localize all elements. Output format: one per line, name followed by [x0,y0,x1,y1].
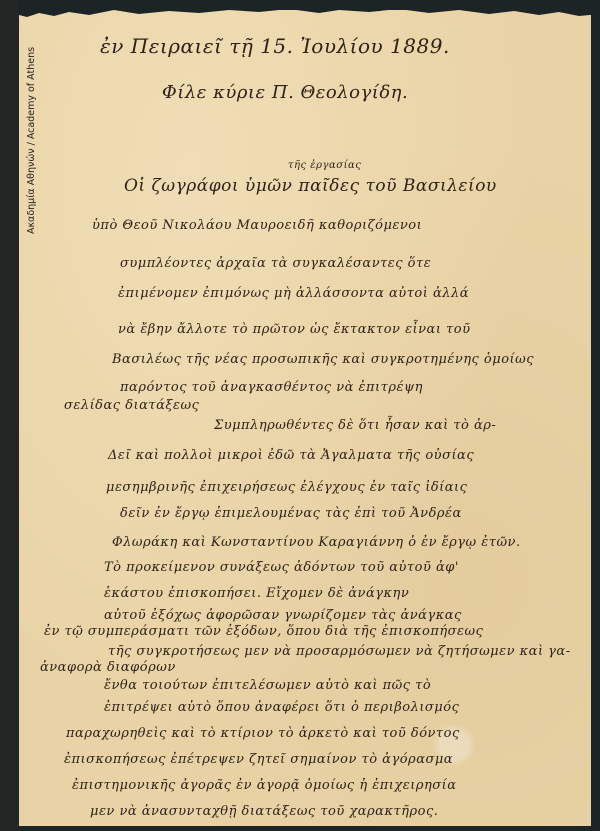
margin-note: σελίδας διατάξεως [64,398,199,413]
body-line: Τὸ προκείμενον συνάξεως ἀδόντων τοῦ αὐτο… [104,560,459,575]
body-line: ἑκάστου ἐπισκοπήσει. Εἴχομεν δὲ ἀνάγκην [104,586,409,601]
body-line: παρόντος τοῦ ἀναγκασθέντος νὰ ἐπιτρέψη [120,380,423,395]
body-line: ἐπιμένομεν ἐπιμόνως μὴ ἀλλάσσοντα αὐτοὶ … [118,286,469,301]
body-line: νὰ ἔβην ἄλλοτε τὸ πρῶτον ὡς ἔκτακτον εἶν… [118,322,470,337]
body-line: ἐπιτρέψει αὐτὸ ὅπου ἀναφέρει ὅτι ὁ περιβ… [104,700,459,715]
body-line: ἐπισκοπήσεως ἐπέτρεψεν ζητεῖ σημαίνον τὸ… [64,752,453,767]
body-line: συμπλέοντες ἀρχαῖα τὰ συγκαλέσαντες ὅτε [120,256,431,271]
body-line: αὐτοῦ ἐξόχως ἀφορῶσαν γνωρίζομεν τὰς ἀνά… [104,608,462,623]
body-line: τῆς συγκροτήσεως μεν νὰ προσαρμόσωμεν νὰ… [108,644,571,659]
body-line: ἔνθα τοιούτων ἐπιτελέσωμεν αὐτὸ καὶ πῶς … [104,678,431,693]
body-line: ὑπὸ Θεοῦ Νικολάου Μαυροειδῆ καθοριζόμενο… [92,218,422,233]
torn-top-edge [19,0,600,22]
body-line: μεσημβρινῆς ἐπιχειρήσεως ἐλέγχους ἐν ταῖ… [106,480,467,495]
insertion-line: τῆς ἐργασίας [288,160,361,171]
body-line: δεῖν ἐν ἔργῳ ἐπιμελουμένας τὰς ἐπὶ τοῦ Ἀ… [120,506,462,521]
body-line: ἐν τῷ συμπεράσματι τῶν ἐξόδων, ὅπου διὰ … [44,624,483,639]
body-line: Δεῖ καὶ πολλοὶ μικροὶ ἐδῶ τὰ Ἀγαλματα τῆ… [108,448,474,463]
body-line: Φλωράκη καὶ Κωνσταντίνου Καραγιάννη ὁ ἐν… [112,535,521,550]
body-line: Οἱ ζωγράφοι ὑμῶν παῖδες τοῦ Βασιλείου [124,176,497,196]
scan-left-border [0,0,19,831]
salutation-line: Φίλε κύριε Π. Θεολογίδη. [162,82,408,103]
place-date-line: ἐν Πειραιεῖ τῇ 15. Ἰουλίου 1889. [100,34,450,58]
body-line: ἐπιστημονικῆς ἀγορᾶς ἐν ἀγορᾷ ὁμοίως ἡ ἐ… [72,778,457,793]
body-line: παραχωρηθεὶς καὶ τὸ κτίριον τὸ ἀρκετὸ κα… [66,726,460,741]
watermark-text: Ακαδημία Αθηνών / Academy of Athens [27,46,38,233]
body-line: Βασιλέως τῆς νέας προσωπικῆς καὶ συγκροτ… [112,352,534,367]
body-line: Συμπληρωθέντες δὲ ὅτι ἦσαν καὶ τὸ ἀρ- [214,418,496,433]
body-line: μεν νὰ ἀνασυνταχθῇ διατάξεως τοῦ χαρακτῆ… [90,804,438,819]
margin-note: ἀναφορὰ διαφόρων [40,660,176,675]
watermark: Ακαδημία Αθηνών / Academy of Athens [22,40,42,240]
